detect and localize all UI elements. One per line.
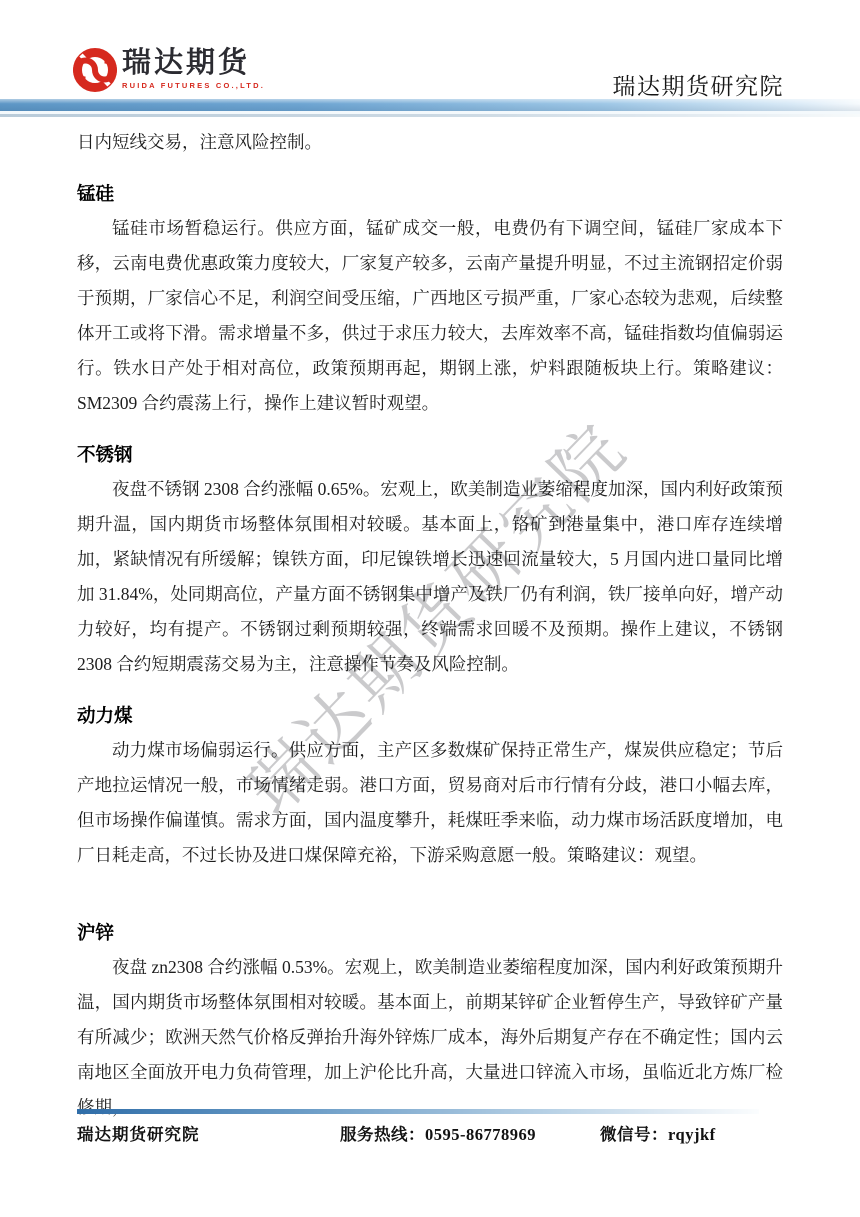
footer-institute: 瑞达期货研究院 [77, 1121, 200, 1145]
logo-brand-en: RUIDA FUTURES CO.,LTD. [122, 81, 265, 90]
header-divider-main-bar [0, 99, 860, 111]
section-thermal-coal: 动力煤 动力煤市场偏弱运行。供应方面，主产区多数煤矿保持正常生产，煤炭供应稳定；… [77, 698, 783, 873]
header-divider [0, 99, 860, 117]
header-divider-thin-bar [0, 114, 860, 117]
logo-text-block: 瑞达期货 RUIDA FUTURES CO.,LTD. [122, 47, 265, 90]
section-heading: 沪锌 [77, 915, 783, 950]
header-institute-title: 瑞达期货研究院 [613, 68, 785, 101]
section-paragraph: 夜盘 zn2308 合约涨幅 0.53%。宏观上，欧美制造业萎缩程度加深，国内利… [77, 950, 783, 1125]
section-heading: 锰硅 [77, 176, 783, 211]
report-page: 瑞达期货 RUIDA FUTURES CO.,LTD. 瑞达期货研究院 瑞达期货… [0, 0, 860, 1217]
page-header: 瑞达期货 RUIDA FUTURES CO.,LTD. 瑞达期货研究院 [0, 0, 860, 99]
section-paragraph: 锰硅市场暂稳运行。供应方面，锰矿成交一般，电费仍有下调空间，锰硅厂家成本下移，云… [77, 211, 783, 421]
carryover-paragraph: 日内短线交易，注意风险控制。 [77, 125, 783, 160]
section-stainless-steel: 不锈钢 夜盘不锈钢 2308 合约涨幅 0.65%。宏观上，欧美制造业萎缩程度加… [77, 437, 783, 682]
footer-wechat: 微信号：rqyjkf [600, 1121, 716, 1145]
ruida-logo-icon [72, 47, 118, 93]
section-manganese-silicon: 锰硅 锰硅市场暂稳运行。供应方面，锰矿成交一般，电费仍有下调空间，锰硅厂家成本下… [77, 176, 783, 421]
logo-brand-cn: 瑞达期货 [122, 47, 265, 80]
section-shanghai-zinc: 沪锌 夜盘 zn2308 合约涨幅 0.53%。宏观上，欧美制造业萎缩程度加深，… [77, 915, 783, 1125]
company-logo: 瑞达期货 RUIDA FUTURES CO.,LTD. [72, 47, 265, 93]
section-heading: 不锈钢 [77, 437, 783, 472]
section-heading: 动力煤 [77, 698, 783, 733]
footer-divider-bar [77, 1109, 759, 1114]
report-body: 日内短线交易，注意风险控制。 锰硅 锰硅市场暂稳运行。供应方面，锰矿成交一般，电… [77, 125, 783, 1125]
footer-text-row: 瑞达期货研究院 服务热线：0595-86778969 微信号：rqyjkf [0, 1121, 860, 1149]
section-paragraph: 夜盘不锈钢 2308 合约涨幅 0.65%。宏观上，欧美制造业萎缩程度加深，国内… [77, 472, 783, 682]
section-paragraph: 动力煤市场偏弱运行。供应方面，主产区多数煤矿保持正常生产，煤炭供应稳定；节后产地… [77, 733, 783, 873]
footer-hotline: 服务热线：0595-86778969 [340, 1121, 536, 1145]
